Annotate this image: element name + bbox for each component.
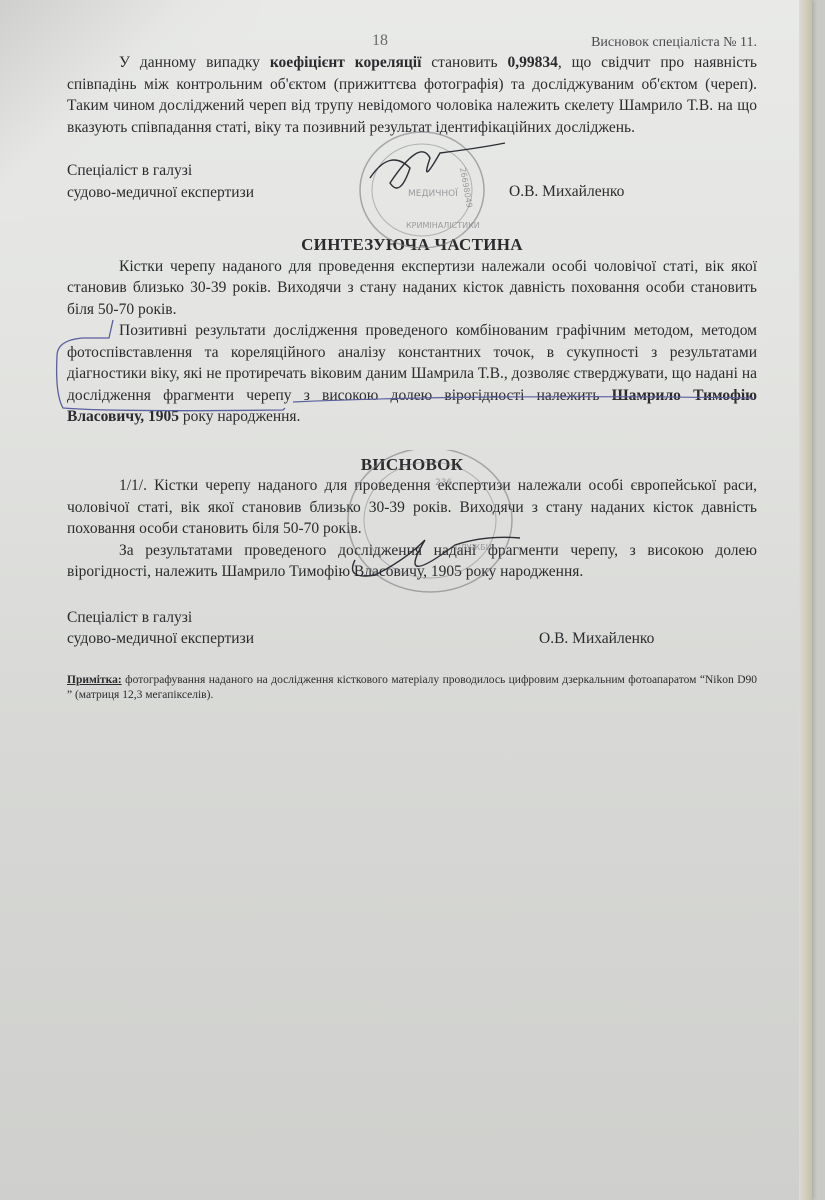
specialist-name: О.В. Михайленко: [539, 628, 654, 650]
footnote-label: Примітка:: [67, 674, 122, 686]
specialist-title: Спеціаліст в галузі судово-медичної експ…: [67, 607, 254, 650]
intro-paragraph: У данному випадку коефіцієнт кореляції с…: [67, 52, 757, 138]
synthesis-paragraph-2: Позитивні результати дослідження проведе…: [67, 320, 757, 428]
specialist-title-line-2: судово-медичної експертизи: [67, 182, 254, 204]
intro-text-1: У данному випадку: [119, 54, 270, 71]
document-page: 18 Висновок спеціаліста № 11. У данному …: [0, 0, 812, 1200]
specialist-title-line-2: судово-медичної експертизи: [67, 628, 254, 650]
synthesis-heading: СИНТЕЗУЮЧА ЧАСТИНА: [67, 234, 757, 256]
document-reference: Висновок спеціаліста № 11.: [591, 32, 757, 54]
conclusion-paragraph-1: 1/1/. Кістки черепу наданого для проведе…: [67, 475, 757, 540]
specialist-title: Спеціаліст в галузі судово-медичної експ…: [67, 160, 254, 203]
page-header: 18 Висновок спеціаліста № 11.: [67, 30, 757, 52]
correlation-label: коефіцієнт кореляції: [270, 54, 422, 71]
synthesis-text-end: року народження.: [179, 408, 300, 425]
page-number: 18: [372, 30, 388, 52]
intro-text-2: становить: [421, 54, 507, 71]
specialist-name: О.В. Михайленко: [509, 181, 624, 203]
signature-block-1: Спеціаліст в галузі судово-медичної експ…: [67, 160, 757, 204]
signature-block-2: Спеціаліст в галузі судово-медичної експ…: [67, 607, 757, 651]
footnote-text: фотографування наданого на дослідження к…: [67, 674, 757, 701]
conclusion-heading: ВИСНОВОК: [67, 454, 757, 476]
page-edge: [799, 0, 812, 1200]
document-body: 18 Висновок спеціаліста № 11. У данному …: [67, 30, 757, 703]
synthesis-paragraph-1: Кістки черепу наданого для проведення ек…: [67, 256, 757, 321]
footnote: Примітка: фотографування наданого на дос…: [67, 673, 757, 703]
specialist-title-line-1: Спеціаліст в галузі: [67, 607, 254, 629]
conclusion-paragraph-2: За результатами проведеного дослідження …: [67, 540, 757, 583]
highlighted-paragraph: Позитивні результати дослідження проведе…: [67, 320, 757, 428]
specialist-title-line-1: Спеціаліст в галузі: [67, 160, 254, 182]
correlation-value: 0,99834: [507, 54, 557, 71]
